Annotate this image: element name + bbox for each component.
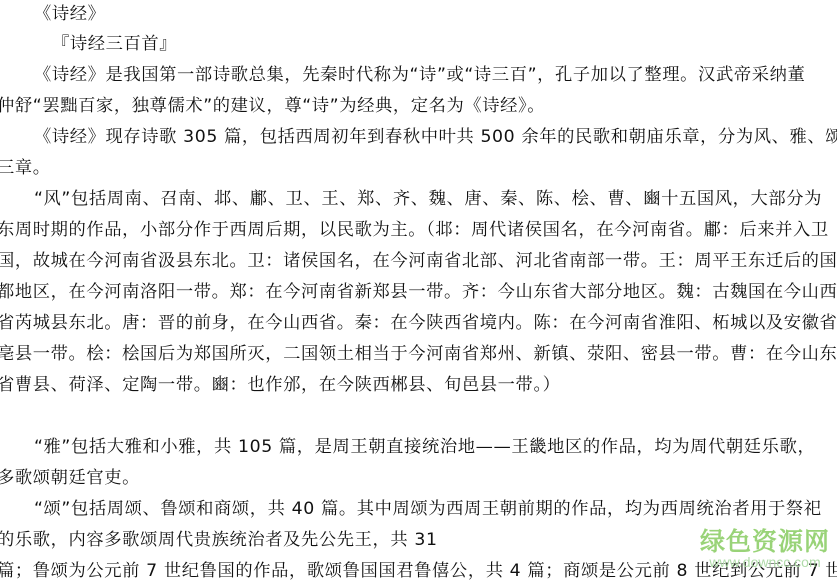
paragraph-line: 《诗经》现存诗歌 305 篇，包括西周初年到春秋中叶共 500 余年的民歌和朝庙…	[34, 126, 837, 148]
paragraph-line: “雅”包括大雅和小雅，共 105 篇，是周王朝直接统治地——王畿地区的作品，均为…	[34, 436, 815, 458]
paragraph-line: 的乐歌，内容多歌颂周代贵族统治者及先公先王，共 31	[0, 529, 438, 551]
paragraph-line: 国，故城在今河南省汲县东北。卫：诸侯国名，在今河南省北部、河北省南部一带。王：周…	[0, 250, 837, 272]
paragraph-line: “风”包括周南、召南、邶、鄘、卫、王、郑、齐、魏、唐、秦、陈、桧、曹、豳十五国风…	[34, 188, 822, 210]
paragraph-line: 都地区，在今河南洛阳一带。郑：在今河南省新郑县一带。齐：今山东省大部分地区。魏：…	[0, 281, 837, 303]
paragraph-line: 篇；鲁颂为公元前 7 世纪鲁国的作品，歌颂鲁国国君鲁僖公，共 4 篇；商颂是公元…	[0, 560, 837, 582]
paragraph-line: 仲舒“罢黜百家，独尊儒术”的建议，尊“诗”为经典，定名为《诗经》。	[0, 95, 545, 117]
paragraph-line: “颂”包括周颂、鲁颂和商颂，共 40 篇。其中周颂为西周王朝前期的作品，均为西周…	[34, 498, 822, 520]
paragraph-line: 亳县一带。桧：桧国后为郑国所灭，二国领土相当于今河南省郑州、新镇、荥阳、密县一带…	[0, 343, 837, 365]
document-page: 《诗经》 『诗经三百首』 《诗经》是我国第一部诗歌总集，先秦时代称为“诗”或“诗…	[0, 0, 837, 583]
paragraph-line: 多歌颂朝廷官吏。	[0, 467, 140, 489]
paragraph-line: 省芮城县东北。唐：晋的前身，在今山西省。秦：在今陕西省境内。陈：在今河南省淮阳、…	[0, 312, 837, 334]
section-heading-line: 『诗经三百首』	[52, 33, 177, 55]
doc-title-line: 《诗经》	[34, 3, 106, 25]
paragraph-line: 东周时期的作品，小部分作于西周后期，以民歌为主。（邶：周代诸侯国名，在今河南省。…	[0, 219, 829, 241]
paragraph-line: 三章。	[0, 157, 51, 179]
paragraph-line: 省曹县、荷泽、定陶一带。豳：也作邠，在今陕西郴县、旬邑县一带。）	[0, 374, 561, 396]
paragraph-line: 《诗经》是我国第一部诗歌总集，先秦时代称为“诗”或“诗三百”，孔子加以了整理。汉…	[34, 64, 805, 86]
